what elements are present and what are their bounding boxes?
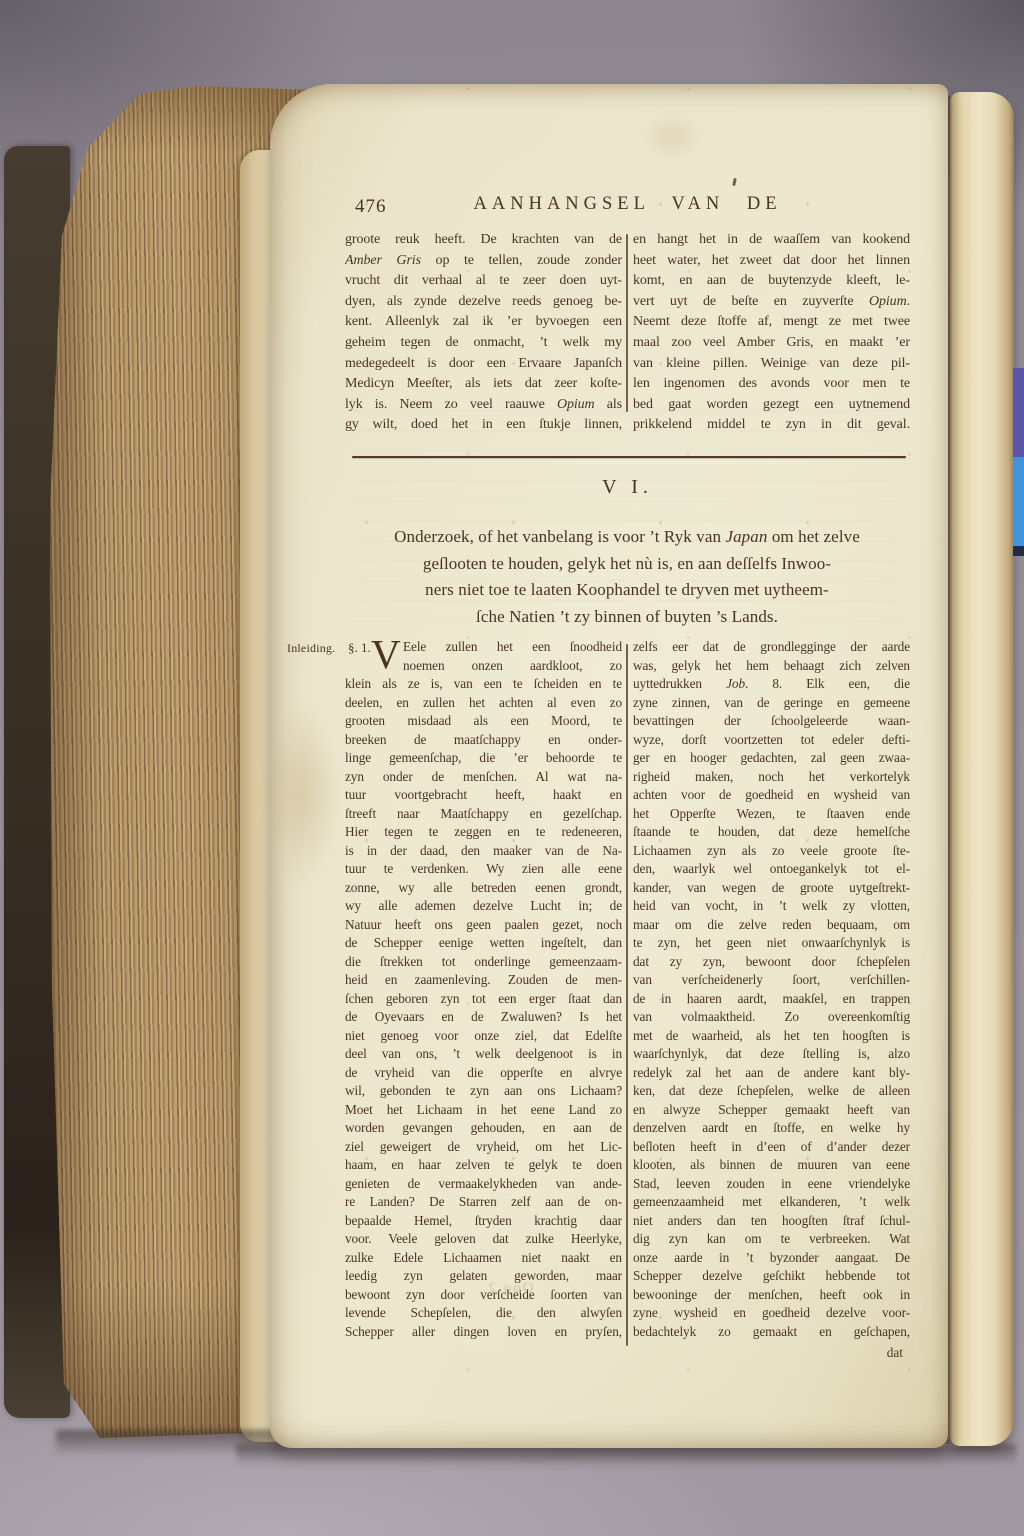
text-line: zyn onder de menſchen. Al wat na- <box>345 768 622 787</box>
text-line: wil, gebonden te zyn aan ons Lichaam? <box>345 1082 622 1101</box>
text-line: en alwyze Schepper gemaakt heeft van <box>633 1101 910 1120</box>
text-line: heid van vocht, in ’t welk zy vlotten, <box>633 897 910 916</box>
text-line: ſtaande te houden, dat deze hemelſche <box>633 823 910 842</box>
text-line: geſlooten te houden, gelyk het nù is, en… <box>338 551 916 578</box>
text-line: wy alle ademen dezelve Lucht in; de <box>345 897 622 916</box>
text-line: Schepper aller dingen loven en pryſen, <box>345 1323 622 1342</box>
text-line: van volmaaktheid. Zo overeenkomſtig <box>633 1008 910 1027</box>
section-summary: Onderzoek, of het vanbelang is voor ’t R… <box>338 524 916 630</box>
text-line: len ingenomen des avonds voor men te <box>633 374 910 395</box>
text-line: ken, dat deze ſchepſelen, welke de allee… <box>633 1082 910 1101</box>
catchword: dat <box>633 1345 903 1361</box>
text-line: was, gelyk het hem behaagt zich zelven <box>633 657 910 676</box>
text-line: Stad, leeven zouden in eene vriendelyke <box>633 1175 910 1194</box>
text-line: bed gaat worden gezegt een uytnemend <box>633 395 910 416</box>
text-line: kander, van wegen de groote uytgeſtrekt- <box>633 879 910 898</box>
color-calibration-patch-navy <box>1013 546 1024 556</box>
text-line: levende Schepſelen, die den alwyſen <box>345 1304 622 1323</box>
text-line: Lichaamen zyn als zo veele groote ſte- <box>633 842 910 861</box>
text-line: uyttedrukken Job. 8. Elk een, die <box>633 675 910 694</box>
text-line: zyne wysheid en goedheid dezelve voor- <box>633 1304 910 1323</box>
text-line: worden gevangen gehouden, en aan de <box>345 1119 622 1138</box>
text-line: tuur te verdenken. Wy zien alle eene <box>345 860 622 879</box>
text-line: dat zy zyn, bewoont door ſchepſelen <box>633 953 910 972</box>
text-line: ſchen geboren zyn tot een erger ſtaat da… <box>345 990 622 1009</box>
text-line: zyne zinnen, van de geringe en gemeene <box>633 694 910 713</box>
text-line: is in der daad, den maaker van de Na- <box>345 842 622 861</box>
text-line: de Oyevaars en de Zwaluwen? Is het <box>345 1008 622 1027</box>
text-line: klein als ze is, van een te ſcheiden en … <box>345 675 622 694</box>
text-line: medegedeelt is door een Ervaare Japanſch <box>345 354 622 375</box>
text-line: Schepper dezelve geſchikt hebbende tot <box>633 1267 910 1286</box>
text-line: met de waarheid, als het ten hoogſten is <box>633 1027 910 1046</box>
text-line: heet water, het zweet dat door het linne… <box>633 251 910 272</box>
text-line: righeid maken, noch het verkortelyk <box>633 768 910 787</box>
text-line: grooten misdaad als een Moord, te <box>345 712 622 731</box>
text-line: niet anders dan ten hoogſten ſtraf ſchul… <box>633 1212 910 1231</box>
column-divider-rule <box>626 644 628 1346</box>
text-line: bedachtelyk zo gemaakt en geſchapen, <box>633 1323 910 1342</box>
text-line: van verſcheidenerly ſoort, verſchillen- <box>633 971 910 990</box>
text-line: zonne, wy alle betreden eenen grondt, <box>345 879 622 898</box>
body-right-column: zelfs eer dat de grondlegginge der aarde… <box>633 638 910 1341</box>
text-line: vert uyt de beſte en zuyverſte Opium. <box>633 292 910 313</box>
text-line: heid en zaamenleving. Zouden de men- <box>345 971 622 990</box>
text-line: noemen onzen aardkloot, zo <box>345 657 622 676</box>
text-line: geheim tegen de onmacht, ’t welk my <box>345 333 622 354</box>
text-line: beſloten heeft in d’een of d’ander dezer <box>633 1138 910 1157</box>
text-line: onze aarde in ’t byzonder aangaat. De <box>633 1249 910 1268</box>
text-line: kent. Alleenlyk zal ik ’er byvoegen een <box>345 312 622 333</box>
top-left-column: groote reuk heeft. De krachten van deAmb… <box>345 230 622 436</box>
text-line: te zyn, het geen niet onwaarſchynlyk is <box>633 934 910 953</box>
text-line: bevattingen der ſchoolgeleerde waan- <box>633 712 910 731</box>
text-line: den, waarlyk wel ontoegankelyk tot el- <box>633 860 910 879</box>
text-line: achten voor de goedheid en wysheid van <box>633 786 910 805</box>
text-line: vrucht dit verhaal al te zeer doen uyt- <box>345 271 622 292</box>
next-page-edge <box>950 92 1014 1446</box>
text-line: gemeenzaamheid met elkanderen, ’t welk <box>633 1193 910 1212</box>
text-line: ners niet toe te laaten Koophandel te dr… <box>338 577 916 604</box>
text-line: prikkelend middel te zyn in dit geval. <box>633 415 910 436</box>
paper-stain <box>266 704 340 884</box>
text-line: maal zoo veel Amber Gris, en maakt ’er <box>633 333 910 354</box>
text-line: klooten, als binnen de muuren van eene <box>633 1156 910 1175</box>
margin-note: Inleiding. <box>287 641 335 656</box>
text-line: het Opperſte Wezen, te ſtaaven ende <box>633 805 910 824</box>
text-line: haam, en haar zelven te gelyk te doen <box>345 1156 622 1175</box>
photo-backdrop: { "page": { "number": "476", "running_ti… <box>0 0 1024 1536</box>
text-line: deelen, en zullen het achten al even zo <box>345 694 622 713</box>
text-line: niet genoeg voor onze ziel, dat Edelſte <box>345 1027 622 1046</box>
text-line: Neemt deze ſtoffe af, mengt ze met twee <box>633 312 910 333</box>
text-line: deel van ons, ’t welk deelgenoot is in <box>345 1045 622 1064</box>
text-line: de in haaren aardt, maakſel, en trappen <box>633 990 910 1009</box>
section-divider-rule <box>352 456 906 458</box>
text-line: denzelven aardt en ſtoffe, en welke hy <box>633 1119 910 1138</box>
show-through-signature: Ooo 2 <box>448 1280 572 1297</box>
text-line: dyen, als zynde dezelve reeds genoeg be- <box>345 292 622 313</box>
text-line: genieten de vermaakelykheden van ande- <box>345 1175 622 1194</box>
text-line: komt, en aan de buytenzyde kleeft, le- <box>633 271 910 292</box>
text-line: bepaalde Hemel, ſtryden krachtig daar <box>345 1212 622 1231</box>
text-line: Onderzoek, of het vanbelang is voor ’t R… <box>338 524 916 551</box>
column-divider-rule <box>626 234 628 412</box>
text-line: ziel geweigert de vryheid, om het Lic- <box>345 1138 622 1157</box>
book-page: 476 AANHANGSEL VAN DE groote reuk heeft.… <box>270 84 948 1448</box>
text-line: Moet het Lichaam in het eene Land zo <box>345 1101 622 1120</box>
paper-stain <box>642 114 702 160</box>
text-line: die ſtrekken tot onderlinge gemeenzaam- <box>345 953 622 972</box>
color-calibration-patch-blue <box>1013 457 1024 546</box>
text-line: de vryheid van die opperſte en alvrye <box>345 1064 622 1083</box>
text-line: groote reuk heeft. De krachten van de <box>345 230 622 251</box>
text-line: ger en hooger gedachten, zal geen zwaa- <box>633 749 910 768</box>
text-line: waarſchynlyk, dat deze ſtelling is, alzo <box>633 1045 910 1064</box>
text-line: wyze, dorſt voortzetten tot edeler defti… <box>633 731 910 750</box>
body-left-column: Eele zullen het een ſnoodheidnoemen onze… <box>345 638 622 1341</box>
text-line: ſtreeft naar Maatſchappy en gezelſchap. <box>345 805 622 824</box>
text-line: ſche Natien ’t zy binnen of buyten ’s La… <box>338 604 916 631</box>
text-line: Hier tegen te zeggen en te redeneeren, <box>345 823 622 842</box>
text-line: Natuur heeft ons geen paalen gezet, noch <box>345 916 622 935</box>
text-line: Amber Gris op te tellen, zoude zonder <box>345 251 622 272</box>
text-line: gy wilt, doed het in een ſtukje linnen, <box>345 415 622 436</box>
text-line: van kleine pillen. Weinige van deze pil- <box>633 354 910 375</box>
color-calibration-patch-purple <box>1013 368 1024 457</box>
text-line: re Landen? De Starren zelf aan de on- <box>345 1193 622 1212</box>
text-line: en hangt het in de waaſſem van kookend <box>633 230 910 251</box>
text-line: zulke Edele Lichaamen niet naakt en <box>345 1249 622 1268</box>
text-line: Medicyn Meeſter, als iets dat zeer koſte… <box>345 374 622 395</box>
running-title: AANHANGSEL VAN DE <box>345 194 910 215</box>
text-line: breeken de maatſchappy en onder- <box>345 731 622 750</box>
text-line: zelfs eer dat de grondlegginge der aarde <box>633 638 910 657</box>
text-line: de Schepper eenige wetten ingeſtelt, dan <box>345 934 622 953</box>
text-line: redelyk zal het aan de andere kant bly- <box>633 1064 910 1083</box>
text-line: linge gemeenſchap, die ’er behoorde te <box>345 749 622 768</box>
section-heading: V I. <box>345 476 910 499</box>
text-line: bewooninge der menſchen, heeft ook in <box>633 1286 910 1305</box>
text-line: voor. Veele geloven dat zulke Heerlyke, <box>345 1230 622 1249</box>
text-line: maar om die zelve reden bequaam, om <box>633 916 910 935</box>
top-right-column: en hangt het in de waaſſem van kookendhe… <box>633 230 910 436</box>
ink-speck <box>732 178 737 186</box>
text-line: dig zyn kan om te verbreeken. Wat <box>633 1230 910 1249</box>
text-line: Eele zullen het een ſnoodheid <box>345 638 622 657</box>
text-line: lyk is. Neem zo veel raauwe Opium als <box>345 395 622 416</box>
text-line: tuur voortgebracht heeft, haakt en <box>345 786 622 805</box>
